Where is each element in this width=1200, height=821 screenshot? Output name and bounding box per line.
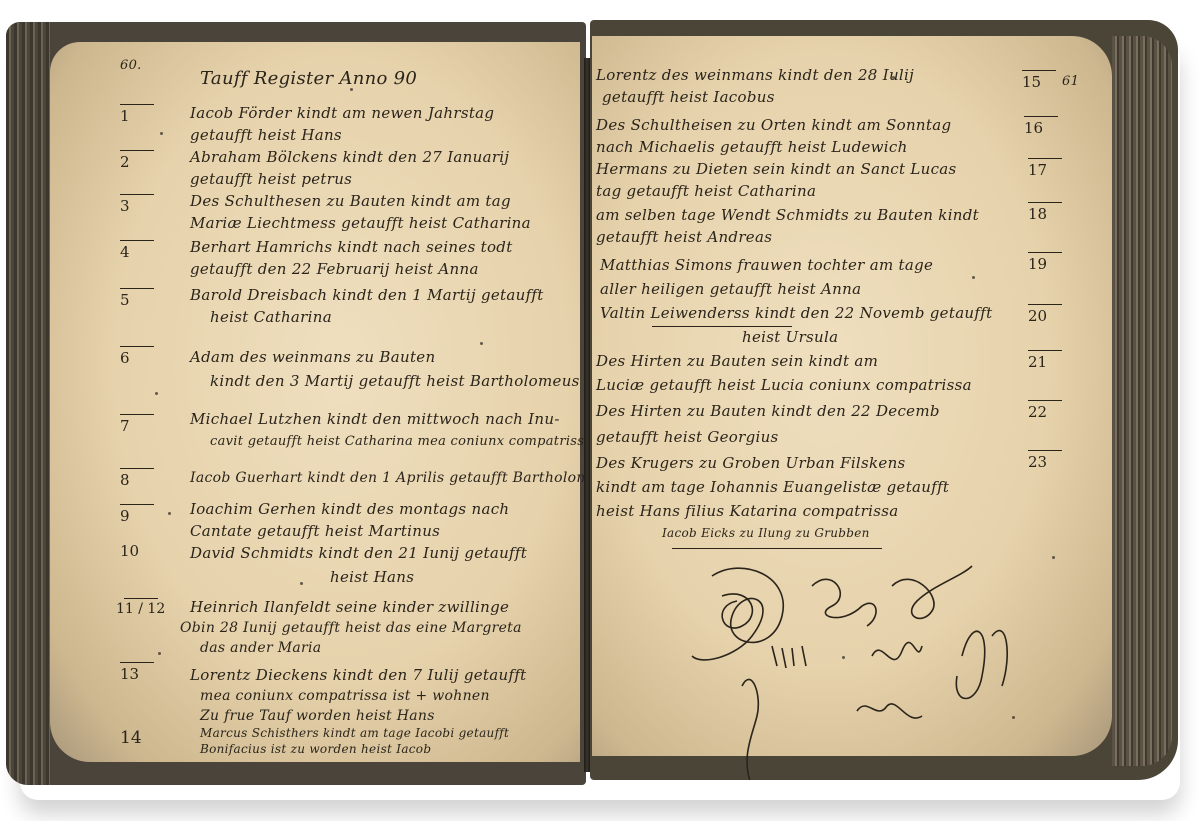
entry-line: kindt am tage Iohannis Euangelistæ getau… bbox=[596, 478, 949, 496]
entry-line: Des Hirten zu Bauten sein kindt am bbox=[596, 352, 878, 370]
entry-line: Des Hirten zu Bauten kindt den 22 Decemb bbox=[596, 402, 940, 420]
right-page: 61 15 Lorentz des weinmans kindt den 28 … bbox=[590, 20, 1178, 780]
entry-line: Valtin Leiwenderss kindt den 22 Novemb g… bbox=[600, 304, 992, 322]
entry-number: 4 bbox=[120, 240, 154, 261]
entry-number: 17 bbox=[1028, 158, 1062, 179]
entry-line: Bonifacius ist zu worden heist Iacob bbox=[200, 742, 431, 756]
entry-number: 16 bbox=[1024, 116, 1058, 137]
entry-line: Matthias Simons frauwen tochter am tage bbox=[600, 256, 933, 274]
entry-line: mea coniunx compatrissa ist + wohnen bbox=[200, 688, 490, 704]
entry-number: 20 bbox=[1028, 304, 1062, 325]
entry-line: Adam des weinmans zu Bauten bbox=[190, 348, 435, 366]
entry-line: Mariæ Liechtmess getaufft heist Catharin… bbox=[190, 214, 531, 232]
entry-line: Lorentz Dieckens kindt den 7 Iulij getau… bbox=[190, 666, 527, 684]
entry-line: Cantate getaufft heist Martinus bbox=[190, 522, 440, 540]
ink-speck bbox=[350, 88, 353, 91]
entry-number: 9 bbox=[120, 504, 154, 525]
entry-line: getaufft heist Iacobus bbox=[602, 88, 775, 106]
entry-number: 15 bbox=[1022, 70, 1056, 91]
ink-speck bbox=[155, 392, 158, 395]
entry-line: am selben tage Wendt Schmidts zu Bauten … bbox=[596, 206, 979, 224]
entry-line: tag getaufft heist Catharina bbox=[596, 182, 816, 200]
entry-number: 13 bbox=[120, 662, 154, 683]
ink-speck bbox=[892, 76, 895, 79]
entry-number: 1 bbox=[120, 104, 154, 125]
register-title: Tauff Register Anno 90 bbox=[200, 68, 417, 89]
right-page-paper: 61 15 Lorentz des weinmans kindt den 28 … bbox=[592, 36, 1112, 756]
page-number-right: 61 bbox=[1062, 74, 1079, 89]
ink-speck bbox=[972, 276, 975, 279]
entry-line: David Schmidts kindt den 21 Iunij getauf… bbox=[190, 544, 527, 562]
entry-line: aller heiligen getaufft heist Anna bbox=[600, 280, 861, 298]
entry-line: Luciæ getaufft heist Lucia coniunx compa… bbox=[596, 376, 972, 394]
entry-number: 23 bbox=[1028, 450, 1062, 471]
ink-speck bbox=[160, 132, 163, 135]
entry-line: getaufft heist Hans bbox=[190, 126, 342, 144]
ink-speck bbox=[158, 652, 161, 655]
entry-line: Abraham Bölckens kindt den 27 Ianuarij bbox=[190, 148, 509, 166]
signature-scribbles-icon bbox=[682, 556, 1022, 780]
entry-number: 6 bbox=[120, 346, 154, 367]
open-book: 60. Tauff Register Anno 90 1 Iacob Förde… bbox=[0, 0, 1200, 821]
entry-number: 14 bbox=[120, 728, 142, 748]
entry-line: Marcus Schisthers kindt am tage Iacobi g… bbox=[200, 726, 509, 740]
entry-line: heist Ursula bbox=[742, 328, 838, 346]
underline bbox=[652, 326, 792, 327]
entry-number: 3 bbox=[120, 194, 154, 215]
entry-number: 18 bbox=[1028, 202, 1062, 223]
entry-line: das ander Maria bbox=[200, 640, 321, 656]
left-page-edges bbox=[6, 22, 50, 785]
ink-speck bbox=[300, 582, 303, 585]
entry-line: nach Michaelis getaufft heist Ludewich bbox=[596, 138, 908, 156]
entry-line: cavit getaufft heist Catharina mea coniu… bbox=[210, 434, 586, 449]
entry-number: 8 bbox=[120, 468, 154, 489]
entry-line: Obin 28 Iunij getaufft heist das eine Ma… bbox=[180, 620, 522, 636]
entry-line: Hermans zu Dieten sein kindt an Sanct Lu… bbox=[596, 160, 957, 178]
entry-line: heist Hans bbox=[330, 568, 414, 586]
entry-line: getaufft den 22 Februarij heist Anna bbox=[190, 260, 479, 278]
ink-speck bbox=[842, 656, 845, 659]
left-page: 60. Tauff Register Anno 90 1 Iacob Förde… bbox=[6, 22, 586, 785]
entry-line: getaufft heist petrus bbox=[190, 170, 352, 188]
entry-line: Des Schulthesen zu Bauten kindt am tag bbox=[190, 192, 511, 210]
entry-line: Michael Lutzhen kindt den mittwoch nach … bbox=[190, 410, 560, 428]
entry-line: Lorentz des weinmans kindt den 28 Iulij bbox=[596, 66, 914, 84]
entry-line: Iacob Förder kindt am newen Jahrstag bbox=[190, 104, 494, 122]
underline bbox=[672, 548, 882, 549]
entry-line: Berhart Hamrichs kindt nach seines todt bbox=[190, 238, 513, 256]
entry-line: Heinrich Ilanfeldt seine kinder zwilling… bbox=[190, 598, 509, 616]
right-page-edges bbox=[1112, 36, 1172, 766]
entry-number: 5 bbox=[120, 288, 154, 309]
entry-number: 11 / 12 bbox=[116, 598, 165, 617]
entry-line: getaufft heist Georgius bbox=[596, 428, 779, 446]
entry-line: heist Hans filius Katarina compatrissa bbox=[596, 502, 898, 520]
entry-line: Iacob Eicks zu Ilung zu Grubben bbox=[662, 526, 870, 540]
entry-line: heist Catharina bbox=[210, 308, 332, 326]
entry-number: 7 bbox=[120, 414, 154, 435]
entry-number: 2 bbox=[120, 150, 154, 171]
entry-line: Des Krugers zu Groben Urban Filskens bbox=[596, 454, 906, 472]
entry-number: 22 bbox=[1028, 400, 1062, 421]
entry-number: 19 bbox=[1028, 252, 1062, 273]
entry-line: Barold Dreisbach kindt den 1 Martij geta… bbox=[190, 286, 544, 304]
left-page-paper: 60. Tauff Register Anno 90 1 Iacob Förde… bbox=[50, 42, 580, 762]
ink-speck bbox=[1052, 556, 1055, 559]
entry-number: 10 bbox=[120, 542, 139, 560]
ink-speck bbox=[480, 342, 483, 345]
entry-line: Iacob Guerhart kindt den 1 Aprilis getau… bbox=[190, 470, 586, 486]
entry-line: Des Schultheisen zu Orten kindt am Sonnt… bbox=[596, 116, 951, 134]
entry-line: Ioachim Gerhen kindt des montags nach bbox=[190, 500, 509, 518]
entry-number: 21 bbox=[1028, 350, 1062, 371]
page-number-left: 60. bbox=[120, 58, 142, 73]
entry-line: Zu frue Tauf worden heist Hans bbox=[200, 708, 435, 724]
entry-line: getaufft heist Andreas bbox=[596, 228, 772, 246]
entry-line: kindt den 3 Martij getaufft heist Bartho… bbox=[210, 372, 580, 390]
ink-speck bbox=[168, 512, 171, 515]
ink-speck bbox=[1012, 716, 1015, 719]
